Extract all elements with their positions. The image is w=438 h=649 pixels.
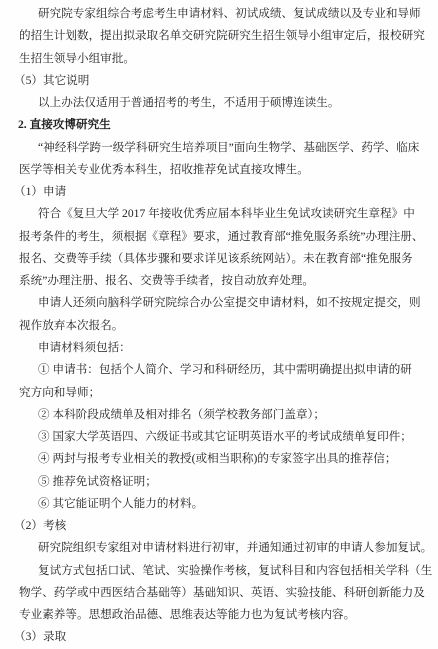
paragraph-line: 复试方式包括口试、笔试、实验操作考核，复试科目和内容包括相关学科（生	[0, 560, 438, 582]
document-page: 研究院专家组综合考虑考生申请材料、初试成绩、复试成绩以及专业和导师 的招生计划数…	[0, 0, 438, 649]
list-item-5: ⑤ 推荐免试资格证明；	[0, 471, 438, 493]
list-item-1: ① 申请书：包括个人简介、学习和科研经历，其中需明确提出拟申请的研	[0, 359, 438, 381]
list-item-3: ③ 国家大学英语四、六级证书或其它证明英语水平的考试成绩单复印件；	[0, 426, 438, 448]
paragraph-line: 医学等相关专业优秀本科生，招收推荐免试直接攻博生。	[0, 159, 438, 181]
paragraph-line: 报名、交费等手续（具体步骤和要求详见该系统网站）。未在教育部“推免服务	[0, 248, 438, 270]
paragraph-line: 研究院专家组综合考虑考生申请材料、初试成绩、复试成绩以及专业和导师	[0, 3, 438, 25]
subsection-heading-3-admission: （3）录取	[0, 626, 438, 648]
paragraph-line: 符合《复旦大学 2017 年接收优秀应届本科毕业生免试攻读研究生章程》中	[0, 203, 438, 225]
subsection-heading-2-assessment: （2）考核	[0, 515, 438, 537]
paragraph-line: 视作放弃本次报名。	[0, 315, 438, 337]
paragraph-line: “神经科学跨一级学科研究生培养项目”面向生物学、基础医学、药学、临床	[0, 137, 438, 159]
paragraph-line: 以上办法仅适用于普通招考的考生，不适用于硕博连读生。	[0, 92, 438, 114]
section-heading-2-direct-phd: 2. 直接攻博研究生	[0, 114, 438, 136]
paragraph-line: 系统”办理注册、报名、交费等手续者，按自动放弃处理。	[0, 270, 438, 292]
paragraph-line: 生招生领导小组审批。	[0, 48, 438, 70]
paragraph-line: 申请人还须向脑科学研究院综合办公室提交申请材料，如不按规定提交，则	[0, 292, 438, 314]
list-item-2: ② 本科阶段成绩单及相对排名（须学校教务部门盖章）；	[0, 404, 438, 426]
list-item-6: ⑥ 其它能证明个人能力的材料。	[0, 493, 438, 515]
paragraph-line: 专业素养等。思想政治品德、思维表达等能力也为复试考核内容。	[0, 604, 438, 626]
paragraph-line: 报考条件的考生，须根据《章程》要求，通过教育部“推免服务系统”办理注册、	[0, 226, 438, 248]
subsection-heading-1-application: （1）申请	[0, 181, 438, 203]
paragraph-line: 研究院组织专家组对申请材料进行初审，并通知通过初审的申请人参加复试。	[0, 537, 438, 559]
paragraph-line: 的招生计划数，提出拟录取名单交研究院研究生招生领导小组审定后，报校研究	[0, 25, 438, 47]
paragraph-line: 申请材料须包括：	[0, 337, 438, 359]
list-item-1-continuation: 究方向和导师；	[0, 382, 438, 404]
list-item-4: ④ 两封与报考专业相关的教授(或相当职称)的专家签字出具的推荐信；	[0, 448, 438, 470]
subsection-heading-5-other-notes: （5）其它说明	[0, 70, 438, 92]
paragraph-line: 物学、药学或中西医结合基础等）基础知识、英语、实验技能、科研创新能力及	[0, 582, 438, 604]
